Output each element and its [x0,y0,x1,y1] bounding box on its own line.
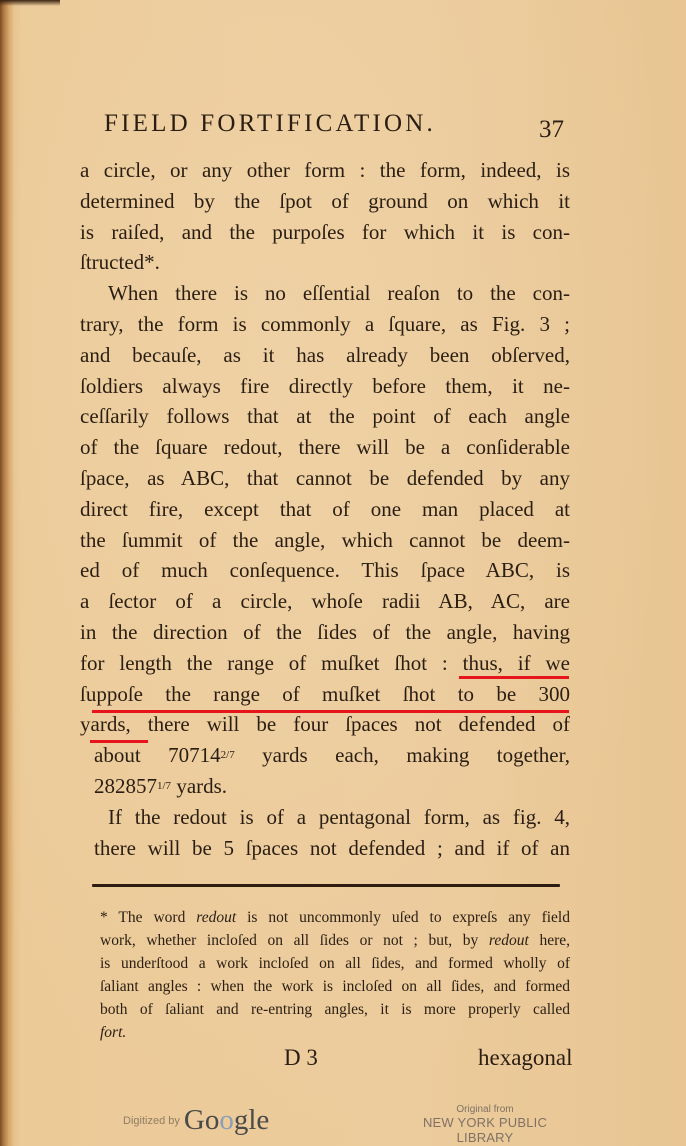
footnote-line: is underſtood a work incloſed on all ſid… [100,952,570,975]
footnote-line: * The word redout is not uncommonly uſed… [100,906,570,929]
footnote-rule [92,884,560,887]
library-watermark: Original from NEW YORK PUBLIC LIBRARY [396,1104,574,1145]
text-line: and becauſe, as it has already been obſe… [80,340,570,371]
red-underline-highlight [90,740,148,743]
text-line: ed of much conſequence. This ſpace ABC, … [80,555,570,586]
text-span: here, [529,932,570,949]
text-line: direct fire, except that of one man plac… [80,494,570,525]
red-underline-highlight [92,710,569,713]
text-line: ſpace, as ABC, that cannot be defended b… [80,463,570,494]
italic-term: redout [196,909,236,926]
fraction: 1/7 [157,780,171,792]
text-line: yards, there will be four ſpaces not def… [80,709,570,740]
signature-mark: D 3 [284,1045,318,1071]
logo-letter: G [184,1104,205,1136]
text-line: determined by the ſpot of ground on whic… [80,186,570,217]
number-text: about 70714 [94,743,221,767]
italic-term: fort. [100,1024,126,1041]
footnote-line: fort. [100,1021,570,1044]
footnote-line: work, whether incloſed on all ſides or n… [100,929,570,952]
fraction: 2/7 [221,749,235,761]
text-line: ſuppoſe the range of muſket ſhot to be 3… [80,679,570,710]
text-line: the ſummit of the angle, which cannot be… [80,525,570,556]
catchword: hexagonal [478,1045,573,1071]
body-text: a circle, or any other form : the form, … [80,155,570,863]
text-line: in the direction of the ſides of the ang… [80,617,570,648]
page-corner-shadow [0,0,60,6]
original-from-label: Original from [396,1104,574,1115]
text-line: ceſſarily follows that at the point of e… [80,401,570,432]
logo-letter: gle [234,1104,269,1136]
page-number: 37 [539,116,564,144]
text-line: a circle, or any other form : the form, … [80,155,570,186]
text-line-about: about 707142/7 yards each, making togeth… [80,740,570,771]
text-span: * The word [100,909,196,926]
text-line: trary, the form is commonly a ſquare, as… [80,309,570,340]
text-span: is not uncommonly uſed to expreſs any fi… [236,909,570,926]
footnote-line: both of ſaliant and re-entring angles, i… [100,998,570,1021]
google-logo: Google [184,1104,269,1137]
footnote: * The word redout is not uncommonly uſed… [100,906,570,1044]
book-page: FIELD FORTIFICATION. 37 a circle, or any… [0,0,686,1146]
number-text: 282857 [94,774,157,798]
text-span: work, whether incloſed on all ſides or n… [100,932,489,949]
italic-term: redout [489,932,529,949]
logo-letter: o [205,1104,220,1136]
text-line: ſoldiers always fire directly before the… [80,371,570,402]
running-head-title: FIELD FORTIFICATION. [104,110,436,137]
text-line: is raiſed, and the purpoſes for which it… [80,217,570,248]
paragraph-start-line: When there is no eſſential reaſon to the… [80,278,570,309]
page-binding-edge [0,0,14,1146]
text-line: for length the range of muſket ſhot : th… [80,648,570,679]
running-head: FIELD FORTIFICATION. 37 [104,110,564,138]
footnote-line: ſaliant angles : when the work is incloſ… [100,975,570,998]
red-underline-highlight [459,676,569,679]
text-line: ſtructed*. [80,247,570,278]
text-span: yards. [171,774,227,798]
library-name: NEW YORK PUBLIC LIBRARY [396,1115,574,1145]
text-line: a ſector of a circle, whoſe radii AB, AC… [80,586,570,617]
text-line: there will be 5 ſpaces not defended ; an… [80,833,570,864]
digitized-by-watermark: Digitized by Google [123,1104,269,1137]
logo-letter: o [219,1104,234,1136]
digitized-by-label: Digitized by [123,1115,180,1127]
text-span: yards each, making together, [235,743,570,767]
paragraph-start-line: If the redout is of a pentagonal form, a… [80,802,570,833]
text-line: of the ſquare redout, there will be a co… [80,432,570,463]
text-line-total: 2828571/7 yards. [80,771,570,802]
